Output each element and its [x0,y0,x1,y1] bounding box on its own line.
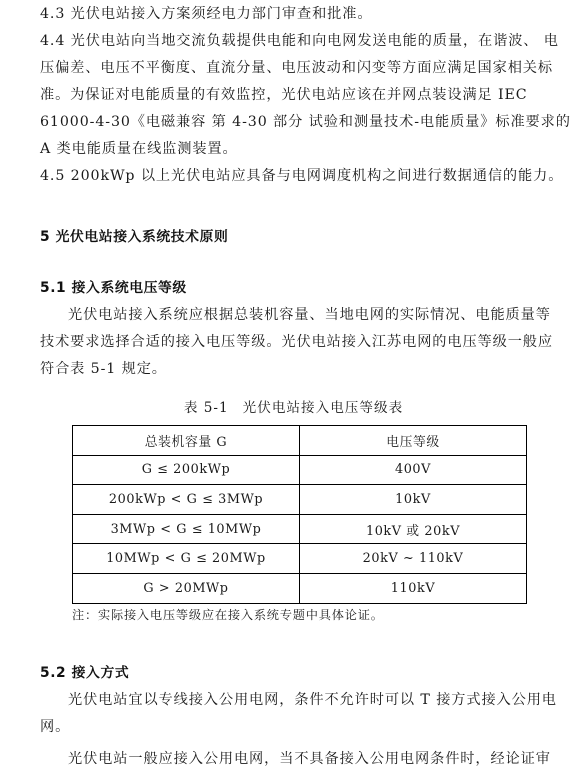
section-5-1-para-line-1: 光伏电站接入系统应根据总装机容量、当地电网的实际情况、电能质量等 [68,306,551,324]
table-row: G > 20MWp 110kV [73,573,527,603]
table-row: 10MWp < G ≤ 20MWp 20kV ~ 110kV [73,544,527,574]
header-capacity: 总装机容量 G [73,426,300,456]
clause-4-3: 4.3 光伏电站接入方案须经电力部门审查和批准。 [40,5,372,23]
clause-4-4-line-5: A 类电能质量在线监测装置。 [40,140,238,158]
clause-4-4-line-2: 压偏差、电压不平衡度、直流分量、电压波动和闪变等方面应满足国家相关标 [40,59,553,77]
voltage-cell: 400V [300,455,527,485]
capacity-cell: G ≤ 200kWp [73,455,300,485]
capacity-cell: 3MWp < G ≤ 10MWp [73,514,300,544]
section-5-2-para1-line-2: 网。 [40,718,70,736]
section-5-1-heading: 5.1 接入系统电压等级 [40,279,187,297]
capacity-cell: 200kWp < G ≤ 3MWp [73,485,300,515]
table-caption-title: 光伏电站接入电压等级表 [243,400,404,416]
table-row: 3MWp < G ≤ 10MWp 10kV 或 20kV [73,514,527,544]
voltage-cell: 110kV [300,573,527,603]
capacity-cell: G > 20MWp [73,573,300,603]
voltage-cell: 20kV ~ 110kV [300,544,527,574]
table-header-row: 总装机容量 G 电压等级 [73,426,527,456]
section-5-2-para1-line-1: 光伏电站宜以专线接入公用电网，条件不允许时可以 T 接方式接入公用电 [68,691,557,709]
table-note: 注：实际接入电压等级应在接入系统专题中具体论证。 [72,607,384,623]
voltage-cell: 10kV 或 20kV [300,514,527,544]
clause-4-4-line-4: 61000-4-30《电磁兼容 第 4-30 部分 试验和测量技术-电能质量》标… [40,113,571,131]
table-row: G ≤ 200kWp 400V [73,455,527,485]
section-5-2-heading: 5.2 接入方式 [40,664,129,682]
table-caption: 表 5-1光伏电站接入电压等级表 [0,399,587,417]
voltage-cell: 10kV [300,485,527,515]
section-5-1-para-line-3: 符合表 5-1 规定。 [40,360,167,378]
header-voltage-level: 电压等级 [300,426,527,456]
document-page: 4.3 光伏电站接入方案须经电力部门审查和批准。 4.4 光伏电站向当地交流负载… [0,0,587,784]
section-5-1-para-line-2: 技术要求选择合适的接入电压等级。光伏电站接入江苏电网的电压等级一般应 [40,333,553,351]
clause-4-5: 4.5 200kWp 以上光伏电站应具备与电网调度机构之间进行数据通信的能力。 [40,167,563,185]
table-row: 200kWp < G ≤ 3MWp 10kV [73,485,527,515]
section-5-heading: 5 光伏电站接入系统技术原则 [40,228,228,246]
voltage-level-table: 总装机容量 G 电压等级 G ≤ 200kWp 400V 200kWp < G … [72,425,527,604]
capacity-cell: 10MWp < G ≤ 20MWp [73,544,300,574]
table-caption-number: 表 5-1 [184,400,229,416]
clause-4-4-line-3: 准。为保证对电能质量的有效监控，光伏电站应该在并网点装设满足 IEC [40,86,528,104]
clause-4-4-line-1: 4.4 光伏电站向当地交流负载提供电能和向电网发送电能的质量，在谐波、 电 [40,32,559,50]
section-5-2-para2-line-1: 光伏电站一般应接入公用电网，当不具备接入公用电网条件时，经论证审 [68,750,551,768]
